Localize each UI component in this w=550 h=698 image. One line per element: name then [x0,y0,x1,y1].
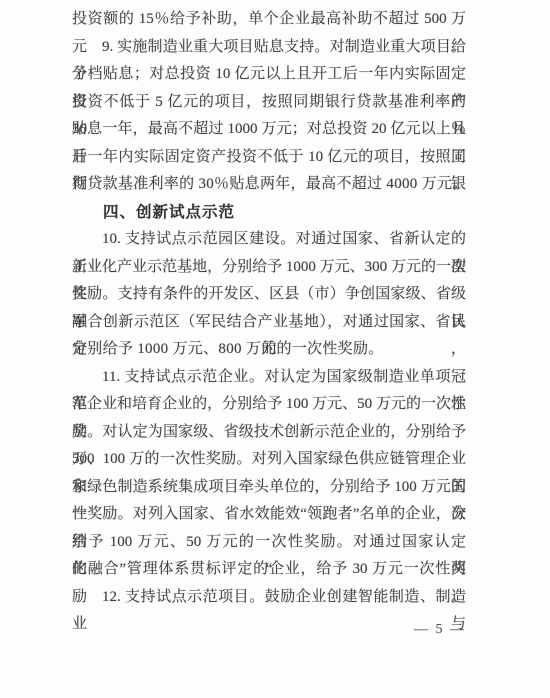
document-line: 家绿色制造系统集成项目牵头单位的，分别给予 100 万元的一次 [72,474,466,502]
document-line: 性奖励。对列入国家、省水效能效“领跑者”名单的企业，分别 [72,501,466,529]
document-line: 融合创新示范区（军民结合产业基地），对通过国家、省认定的， [72,309,466,337]
document-line: 分档贴息；对总投资 10 亿元以上且开工后一年内实际固定资产 [72,61,466,89]
document-line: 贴息一年，最高不超过 1000 万元；对总投资 20 亿元以上且开工 [72,116,466,144]
document-page: 投资额的 15％给予补助，单个企业最高补助不超过 500 万元。9. 实施制造业… [0,0,550,698]
page-number: — 5 — [72,616,466,644]
document-line: 给予 100 万元、50 万元的一次性奖励。对通过国家认定的“两 [72,529,466,557]
document-line: 奖励。支持有条件的开发区、区县（市）争创国家级、省级军民 [72,281,466,309]
document-line: 范企业和培育企业的，分别给予 100 万元、50 万元的一次性奖 [72,391,466,419]
document-line: 投资额的 15％给予补助，单个企业最高补助不超过 500 万元。 [72,6,466,34]
document-body: 投资额的 15％给予补助，单个企业最高补助不超过 500 万元。9. 实施制造业… [72,6,466,611]
document-line: 行贷款基准利率的 30％贴息两年，最高不超过 4000 万元。 [72,171,466,199]
section-heading: 四、创新试点示范 [72,199,466,227]
document-line: 工业化产业示范基地，分别给予 1000 万元、300 万元的一次性 [72,254,466,282]
document-line: 励。对认定为国家级、省级技术创新示范企业的，分别给予 500 [72,419,466,447]
document-line: 9. 实施制造业重大项目贴息支持。对制造业重大项目给予 [72,34,466,62]
document-line: 化融合”管理体系贯标评定的企业，给予 30 万元一次性奖励。 [72,556,466,584]
document-line: 后一年内实际固定资产投资不低于 10 亿元的项目，按照同期银 [72,144,466,172]
document-line: 12. 支持试点示范项目。鼓励企业创建智能制造、制造业与 [72,584,466,612]
document-line: 11. 支持试点示范企业。对认定为国家级制造业单项冠军示 [72,364,466,392]
document-line: 10. 支持试点示范园区建设。对通过国家、省新认定的新型 [72,226,466,254]
document-line: 投资不低于 5 亿元的项目，按照同期银行贷款基准利率的 30％ [72,89,466,117]
document-line: 万、100 万的一次性奖励。对列入国家绿色供应链管理企业和国 [72,446,466,474]
